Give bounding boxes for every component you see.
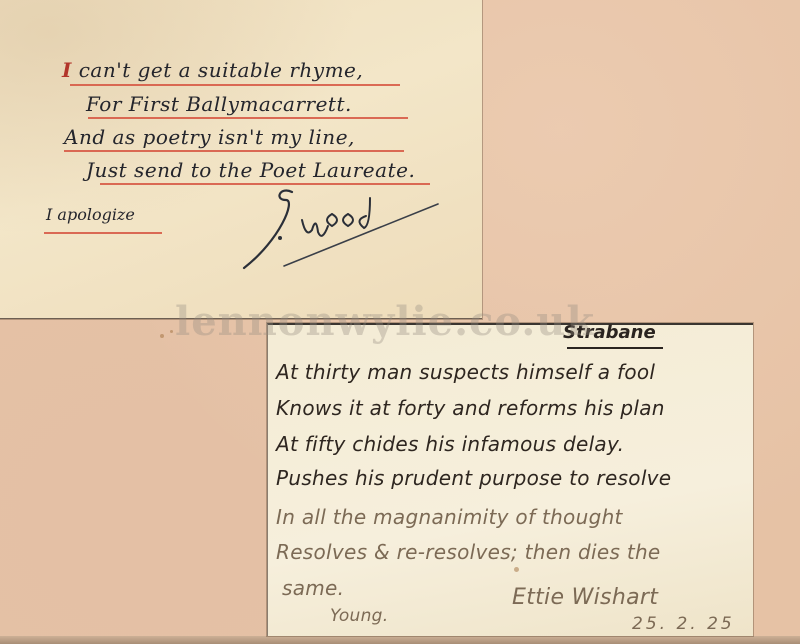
title-underline bbox=[567, 347, 663, 349]
verse-line-3: At fifty chides his infamous delay. bbox=[276, 432, 624, 456]
apology-text: I apologize bbox=[46, 205, 135, 224]
red-initial: I bbox=[62, 58, 72, 82]
verse-line-6: Resolves & re-resolves; then dies the bbox=[276, 540, 661, 564]
foxing-spot bbox=[170, 330, 173, 333]
red-underline bbox=[44, 232, 162, 234]
signature-date: 25. 2. 25 bbox=[632, 614, 735, 634]
poem-line-2: For First Ballymacarrett. bbox=[86, 92, 352, 116]
album-page-edge bbox=[0, 636, 800, 644]
autograph-card-wood: I can't get a suitable rhyme, For First … bbox=[0, 0, 482, 319]
verse-line-1: At thirty man suspects himself a fool bbox=[276, 360, 655, 384]
red-underline bbox=[64, 150, 404, 152]
verse-line-4: Pushes his prudent purpose to resolve bbox=[276, 466, 671, 490]
poem-line-3: And as poetry isn't my line, bbox=[64, 125, 355, 149]
poem-line-1: I can't get a suitable rhyme, bbox=[62, 58, 363, 82]
red-underline bbox=[70, 84, 400, 86]
verse-line-5: In all the magnanimity of thought bbox=[276, 505, 623, 529]
attribution: Young. bbox=[330, 606, 388, 626]
foxing-spot bbox=[160, 334, 164, 338]
poem-line-text: can't get a suitable rhyme, bbox=[72, 58, 363, 82]
signature-ettie-wishart: Ettie Wishart bbox=[512, 585, 658, 610]
verse-line-7: same. bbox=[282, 576, 344, 600]
verse-line-2: Knows it at forty and reforms his plan bbox=[276, 396, 665, 420]
card-title: Strabane bbox=[563, 322, 656, 343]
poem-line-4: Just send to the Poet Laureate. bbox=[86, 158, 415, 182]
red-underline bbox=[88, 117, 408, 119]
foxing-spot bbox=[514, 567, 519, 572]
signature-j-wood bbox=[240, 180, 450, 275]
